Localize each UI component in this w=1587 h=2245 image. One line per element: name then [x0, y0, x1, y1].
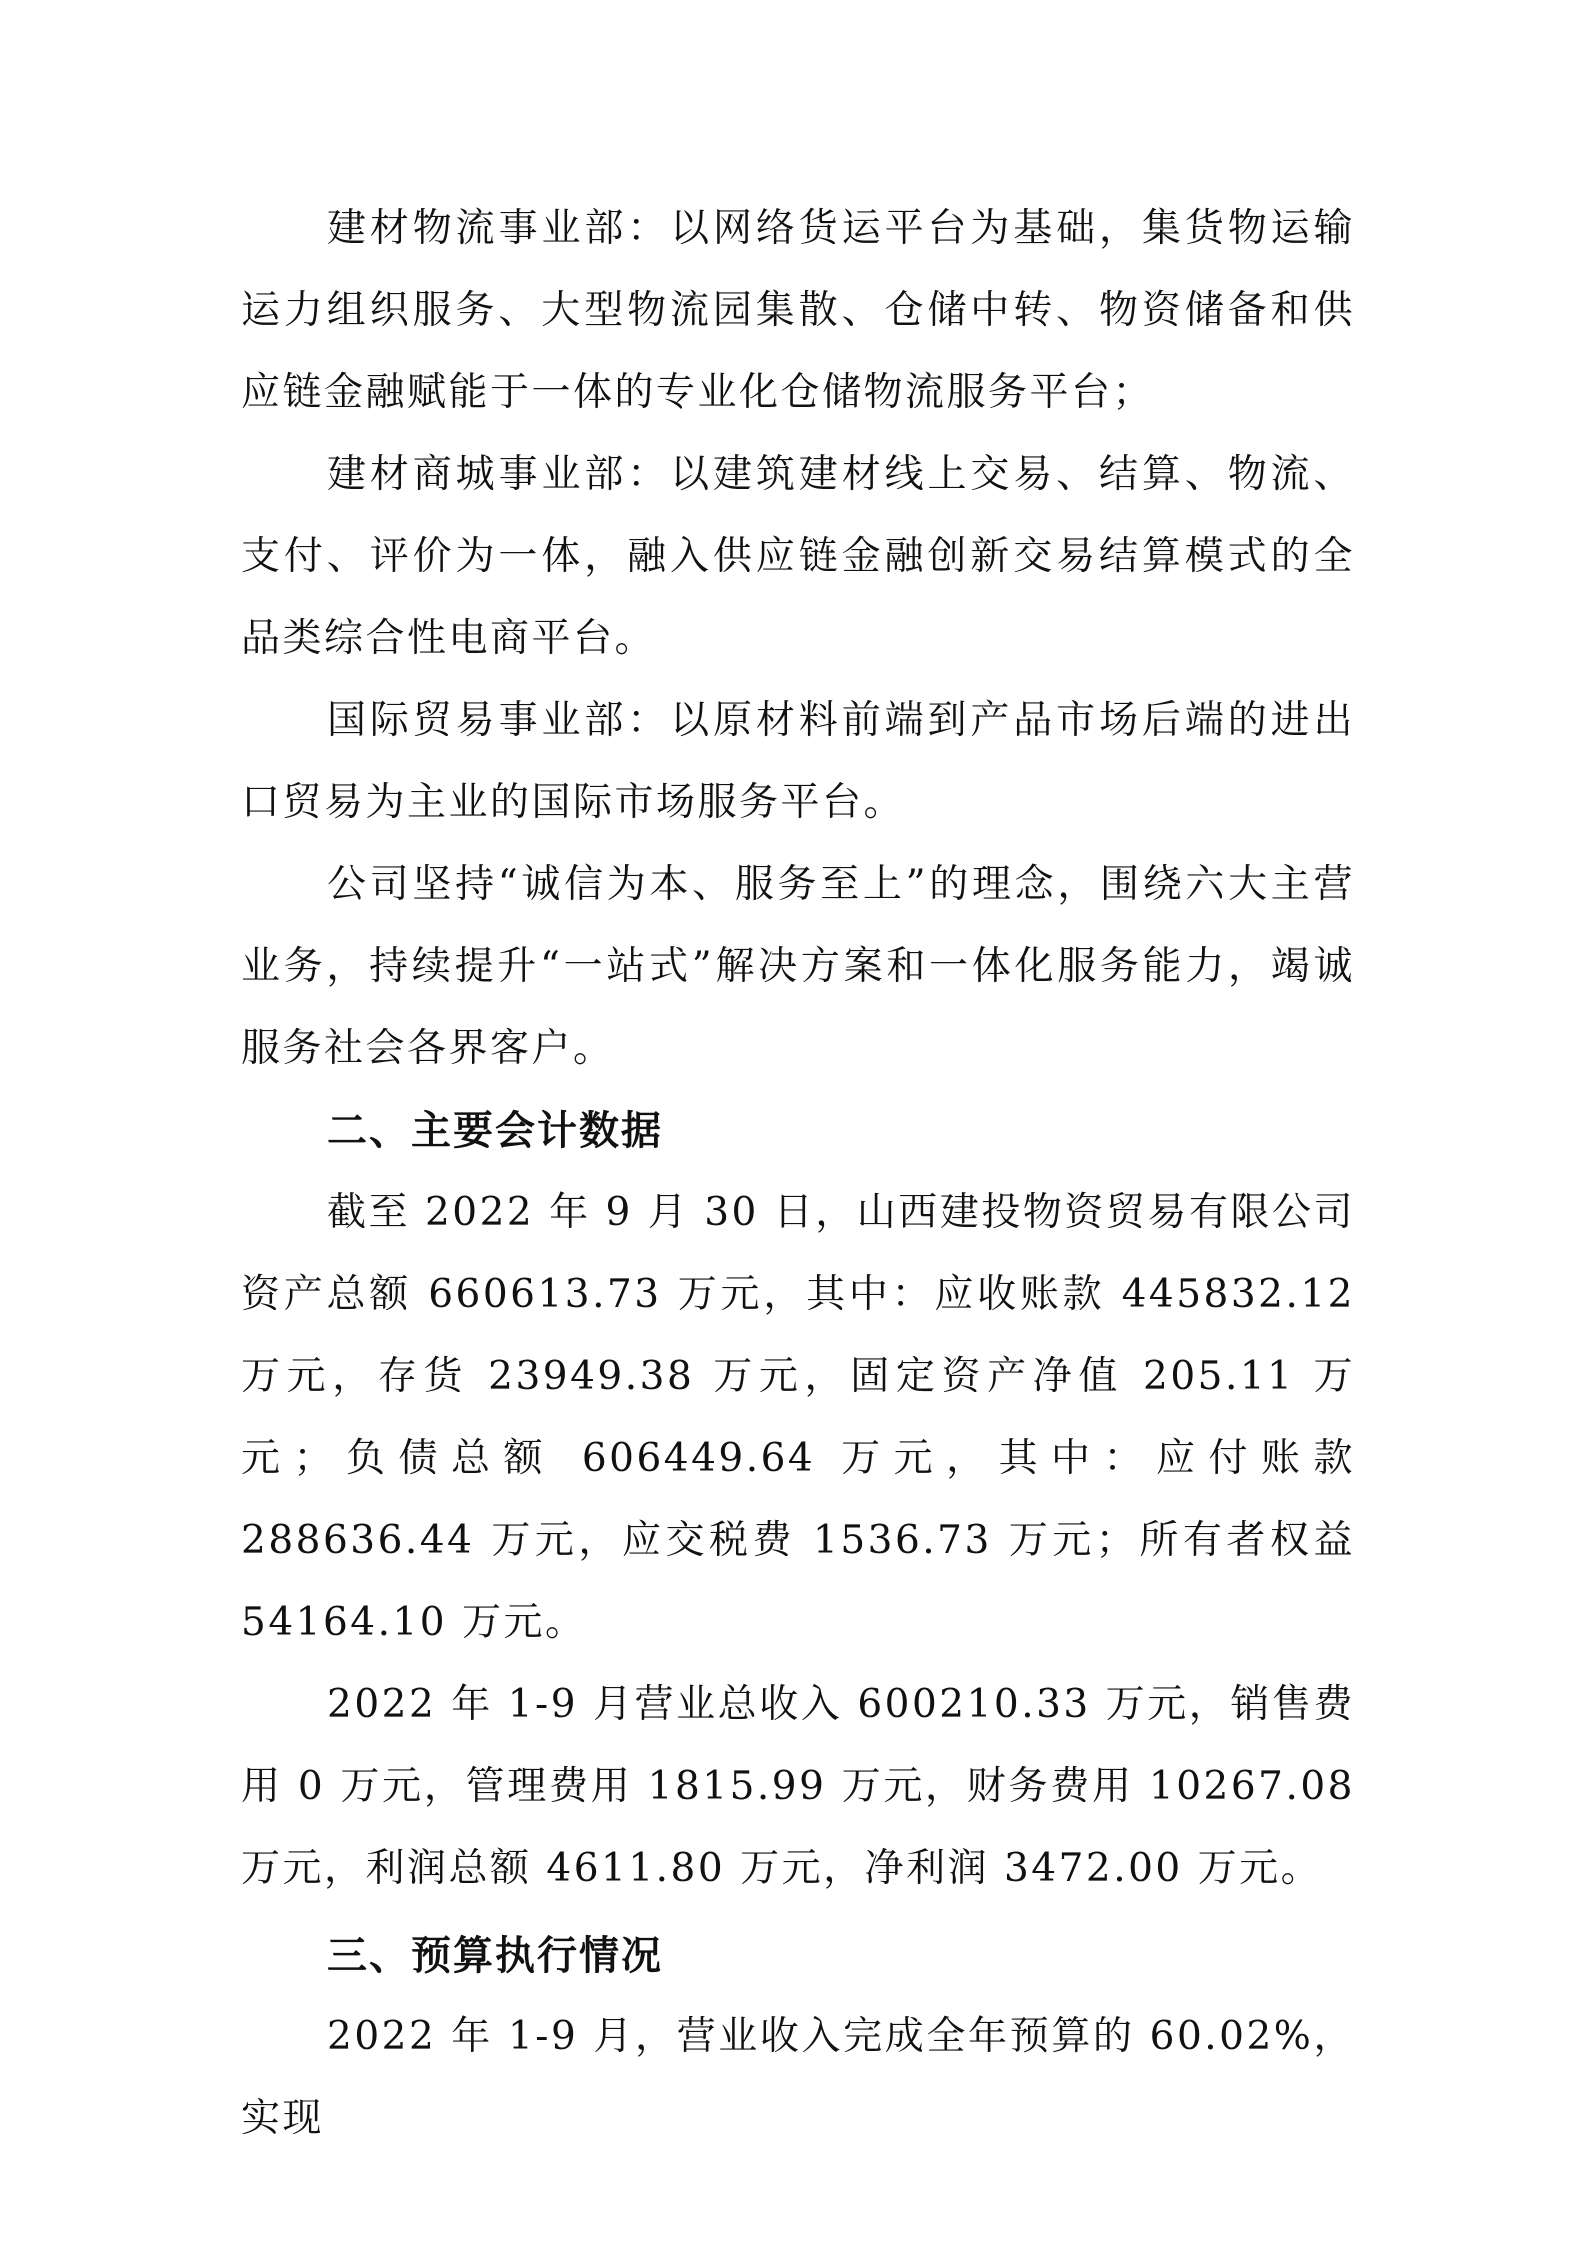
paragraph-budget-execution: 2022 年 1-9 月，营业收入完成全年预算的 60.02%，实现 [241, 1996, 1355, 2160]
paragraph-company-philosophy: 公司坚持“诚信为本、服务至上”的理念，围绕六大主营业务，持续提升“一站式”解决方… [241, 844, 1355, 1090]
paragraph-mall-division: 建材商城事业部：以建筑建材线上交易、结算、物流、支付、评价为一体，融入供应链金融… [241, 434, 1355, 680]
section-heading-budget-execution: 三、预算执行情况 [241, 1916, 1355, 1996]
section-heading-accounting-data: 二、主要会计数据 [241, 1090, 1355, 1172]
document-page: 建材物流事业部：以网络货运平台为基础，集货物运输运力组织服务、大型物流园集散、仓… [241, 188, 1355, 2160]
paragraph-balance-sheet: 截至 2022 年 9 月 30 日，山西建投物资贸易有限公司资产总额 6606… [241, 1172, 1355, 1664]
paragraph-logistics-division: 建材物流事业部：以网络货运平台为基础，集货物运输运力组织服务、大型物流园集散、仓… [241, 188, 1355, 434]
paragraph-trade-division: 国际贸易事业部：以原材料前端到产品市场后端的进出口贸易为主业的国际市场服务平台。 [241, 680, 1355, 844]
paragraph-income-statement: 2022 年 1-9 月营业总收入 600210.33 万元，销售费用 0 万元… [241, 1664, 1355, 1910]
